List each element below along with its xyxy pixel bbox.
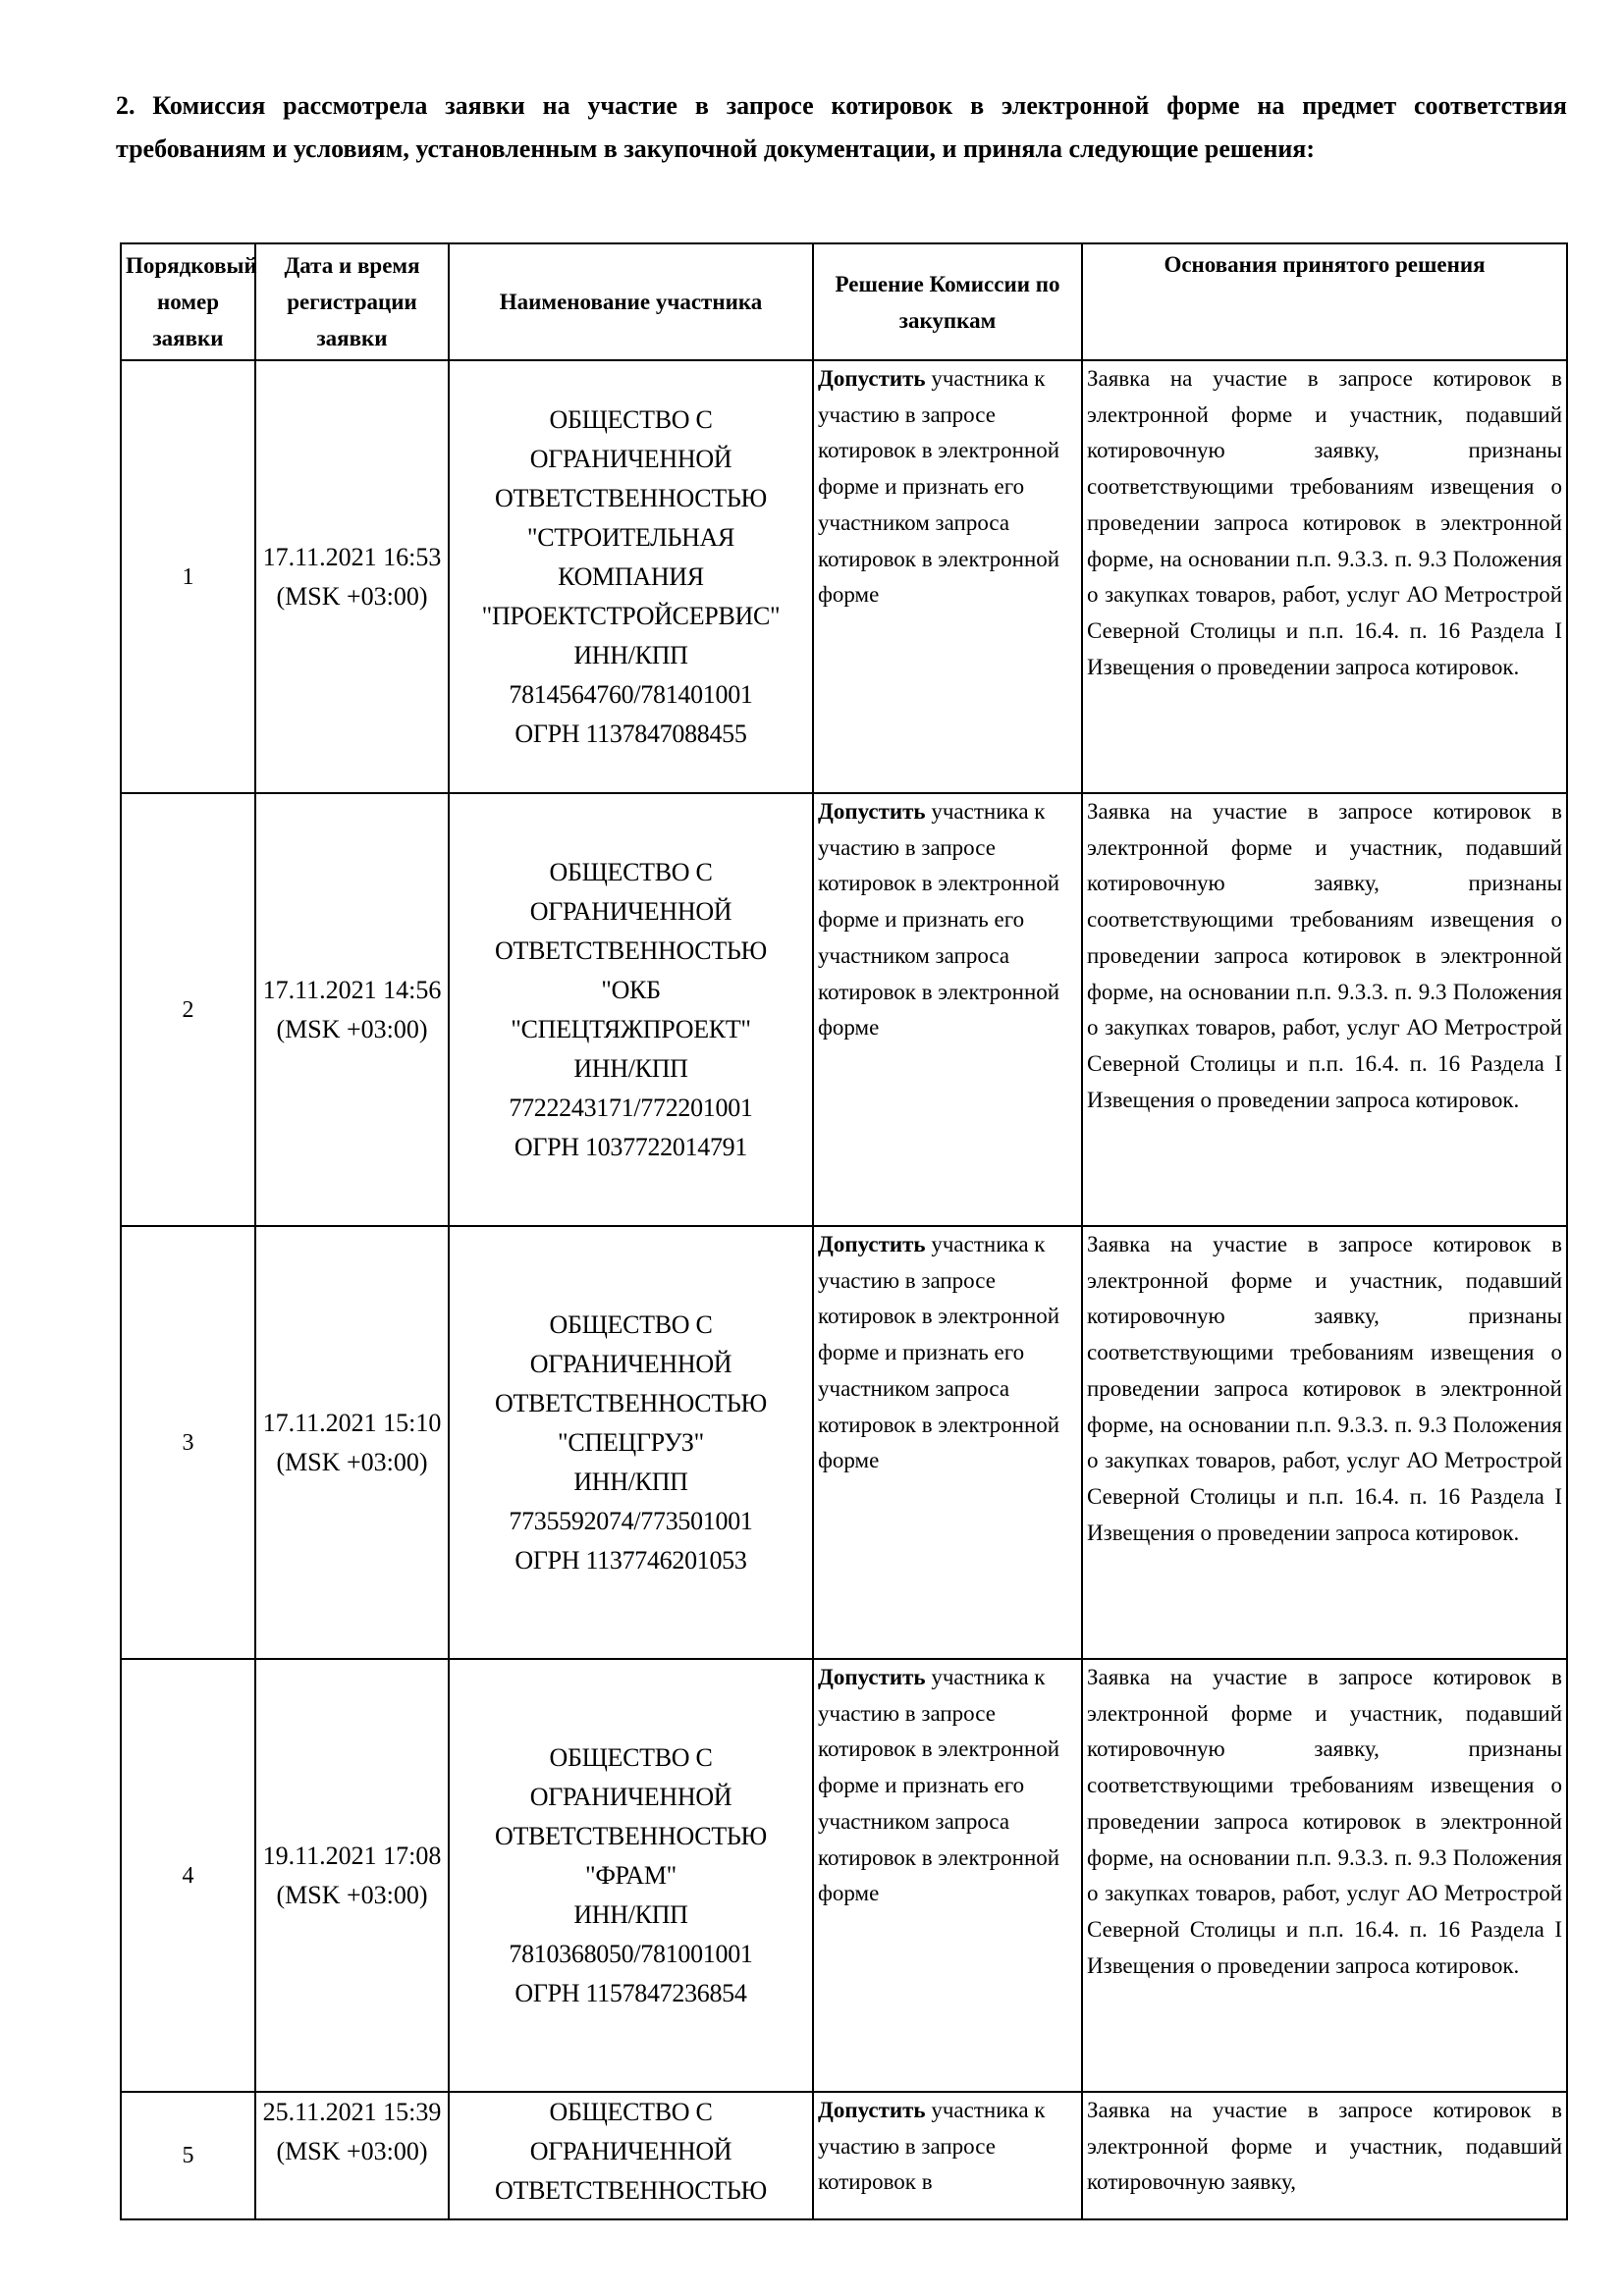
registration-datetime: 19.11.2021 17:08 (MSK +03:00) [255, 1659, 449, 2092]
participant-name-line: "ПРОЕКТСТРОЙСЕРВИС" [454, 597, 808, 636]
participant-name: ОБЩЕСТВО СОГРАНИЧЕННОЙОТВЕТСТВЕННОСТЬЮ"Ф… [449, 1659, 813, 2092]
commission-decision: Допустить участника к участию в запросе … [813, 2092, 1082, 2219]
reason-text: Заявка на участие в запросе котировок в … [1087, 1665, 1562, 1978]
section-text: Комиссия рассмотрела заявки на участие в… [116, 91, 1567, 163]
application-number: 1 [121, 360, 255, 793]
commission-decision: Допустить участника к участию в запросе … [813, 1659, 1082, 2092]
decision-text: участника к участию в запросе котировок … [818, 1665, 1059, 1905]
header-number: Порядковый номер заявки [121, 243, 255, 360]
commission-decision: Допустить участника к участию в запросе … [813, 793, 1082, 1226]
participant-name-line: ОГРН 1037722014791 [454, 1128, 808, 1167]
participant-name-line: ОГРАНИЧЕННОЙ [454, 892, 808, 932]
reason-text: Заявка на участие в запросе котировок в … [1087, 799, 1562, 1112]
table-row: 117.11.2021 16:53 (MSK +03:00)ОБЩЕСТВО С… [121, 360, 1567, 793]
reason-text: Заявка на участие в запросе котировок в … [1087, 2098, 1562, 2194]
participant-name-line: "СТРОИТЕЛЬНАЯ [454, 518, 808, 558]
table-body: 117.11.2021 16:53 (MSK +03:00)ОБЩЕСТВО С… [121, 360, 1567, 2219]
participant-name: ОБЩЕСТВО СОГРАНИЧЕННОЙОТВЕТСТВЕННОСТЬЮ"С… [449, 1226, 813, 1659]
decision-text: участника к участию в запросе котировок … [818, 799, 1059, 1040]
decision-reason: Заявка на участие в запросе котировок в … [1082, 793, 1567, 1226]
table-row: 217.11.2021 14:56 (MSK +03:00)ОБЩЕСТВО С… [121, 793, 1567, 1226]
table-row: 419.11.2021 17:08 (MSK +03:00)ОБЩЕСТВО С… [121, 1659, 1567, 2092]
section-intro: 2. Комиссия рассмотрела заявки на участи… [116, 84, 1567, 171]
decision-reason: Заявка на участие в запросе котировок в … [1082, 360, 1567, 793]
participant-name-line: КОМПАНИЯ [454, 558, 808, 597]
application-number: 5 [121, 2092, 255, 2219]
participant-name-line: ОБЩЕСТВО С [454, 1306, 808, 1345]
table-row: 525.11.2021 15:39 (MSK +03:00)ОБЩЕСТВО С… [121, 2092, 1567, 2219]
participant-name-line: ИНН/КПП [454, 1049, 808, 1089]
participant-name-line: "СПЕЦГРУЗ" [454, 1423, 808, 1463]
participant-name-line: ОГРН 1157847236854 [454, 1974, 808, 2013]
registration-datetime: 17.11.2021 15:10 (MSK +03:00) [255, 1226, 449, 1659]
participant-name-line: "СПЕЦТЯЖПРОЕКТ" [454, 1010, 808, 1049]
header-reason: Основания принятого решения [1082, 243, 1567, 360]
application-number: 3 [121, 1226, 255, 1659]
header-datetime: Дата и время регистрации заявки [255, 243, 449, 360]
decision-verb: Допустить [818, 1665, 926, 1689]
participant-name-line: ОБЩЕСТВО С [454, 2093, 808, 2132]
reason-text: Заявка на участие в запросе котировок в … [1087, 1232, 1562, 1545]
participant-name-line: ИНН/КПП [454, 1896, 808, 1935]
decision-verb: Допустить [818, 1232, 926, 1256]
registration-datetime: 25.11.2021 15:39 (MSK +03:00) [255, 2092, 449, 2219]
participant-name-line: ОГРН 1137746201053 [454, 1541, 808, 1580]
participant-name-line: 7722243171/772201001 [454, 1089, 808, 1128]
decision-verb: Допустить [818, 799, 926, 824]
participant-name-line: "ОКБ [454, 971, 808, 1010]
application-number: 2 [121, 793, 255, 1226]
table-row: 317.11.2021 15:10 (MSK +03:00)ОБЩЕСТВО С… [121, 1226, 1567, 1659]
participant-name-line: ОТВЕТСТВЕННОСТЬЮ [454, 2171, 808, 2211]
decision-text: участника к участию в запросе котировок … [818, 1232, 1059, 1472]
participant-name-line: ОТВЕТСТВЕННОСТЬЮ [454, 479, 808, 518]
participant-name-line: 7814564760/781401001 [454, 675, 808, 715]
participant-name: ОБЩЕСТВО СОГРАНИЧЕННОЙОТВЕТСТВЕННОСТЬЮ [449, 2092, 813, 2219]
table-header-row: Порядковый номер заявки Дата и время рег… [121, 243, 1567, 360]
registration-datetime: 17.11.2021 16:53 (MSK +03:00) [255, 360, 449, 793]
decision-reason: Заявка на участие в запросе котировок в … [1082, 1226, 1567, 1659]
participant-name: ОБЩЕСТВО СОГРАНИЧЕННОЙОТВЕТСТВЕННОСТЬЮ"О… [449, 793, 813, 1226]
decision-reason: Заявка на участие в запросе котировок в … [1082, 2092, 1567, 2219]
commission-decision: Допустить участника к участию в запросе … [813, 1226, 1082, 1659]
participant-name-line: ОГРАНИЧЕННОЙ [454, 1778, 808, 1817]
participant-name-line: ОГРАНИЧЕННОЙ [454, 440, 808, 479]
reason-text: Заявка на участие в запросе котировок в … [1087, 366, 1562, 679]
registration-datetime: 17.11.2021 14:56 (MSK +03:00) [255, 793, 449, 1226]
section-number: 2. [116, 91, 135, 120]
participant-name-line: "ФРАМ" [454, 1856, 808, 1896]
participant-name-line: 7810368050/781001001 [454, 1935, 808, 1974]
participant-name: ОБЩЕСТВО СОГРАНИЧЕННОЙОТВЕТСТВЕННОСТЬЮ"С… [449, 360, 813, 793]
header-decision: Решение Комиссии по закупкам [813, 243, 1082, 360]
participant-name-line: ОБЩЕСТВО С [454, 1738, 808, 1778]
applications-table: Порядковый номер заявки Дата и время рег… [120, 242, 1568, 2220]
participant-name-line: 7735592074/773501001 [454, 1502, 808, 1541]
participant-name-line: ОБЩЕСТВО С [454, 853, 808, 892]
decision-verb: Допустить [818, 2098, 926, 2122]
decision-verb: Допустить [818, 366, 926, 391]
participant-name-line: ОГРАНИЧЕННОЙ [454, 2132, 808, 2171]
application-number: 4 [121, 1659, 255, 2092]
header-participant: Наименование участника [449, 243, 813, 360]
commission-decision: Допустить участника к участию в запросе … [813, 360, 1082, 793]
participant-name-line: ОТВЕТСТВЕННОСТЬЮ [454, 1817, 808, 1856]
participant-name-line: ИНН/КПП [454, 1463, 808, 1502]
participant-name-line: ОГРАНИЧЕННОЙ [454, 1345, 808, 1384]
decision-text: участника к участию в запросе котировок … [818, 366, 1059, 607]
participant-name-line: ОБЩЕСТВО С [454, 400, 808, 440]
participant-name-line: ОГРН 1137847088455 [454, 715, 808, 754]
participant-name-line: ОТВЕТСТВЕННОСТЬЮ [454, 1384, 808, 1423]
participant-name-line: ОТВЕТСТВЕННОСТЬЮ [454, 932, 808, 971]
decision-reason: Заявка на участие в запросе котировок в … [1082, 1659, 1567, 2092]
participant-name-line: ИНН/КПП [454, 636, 808, 675]
